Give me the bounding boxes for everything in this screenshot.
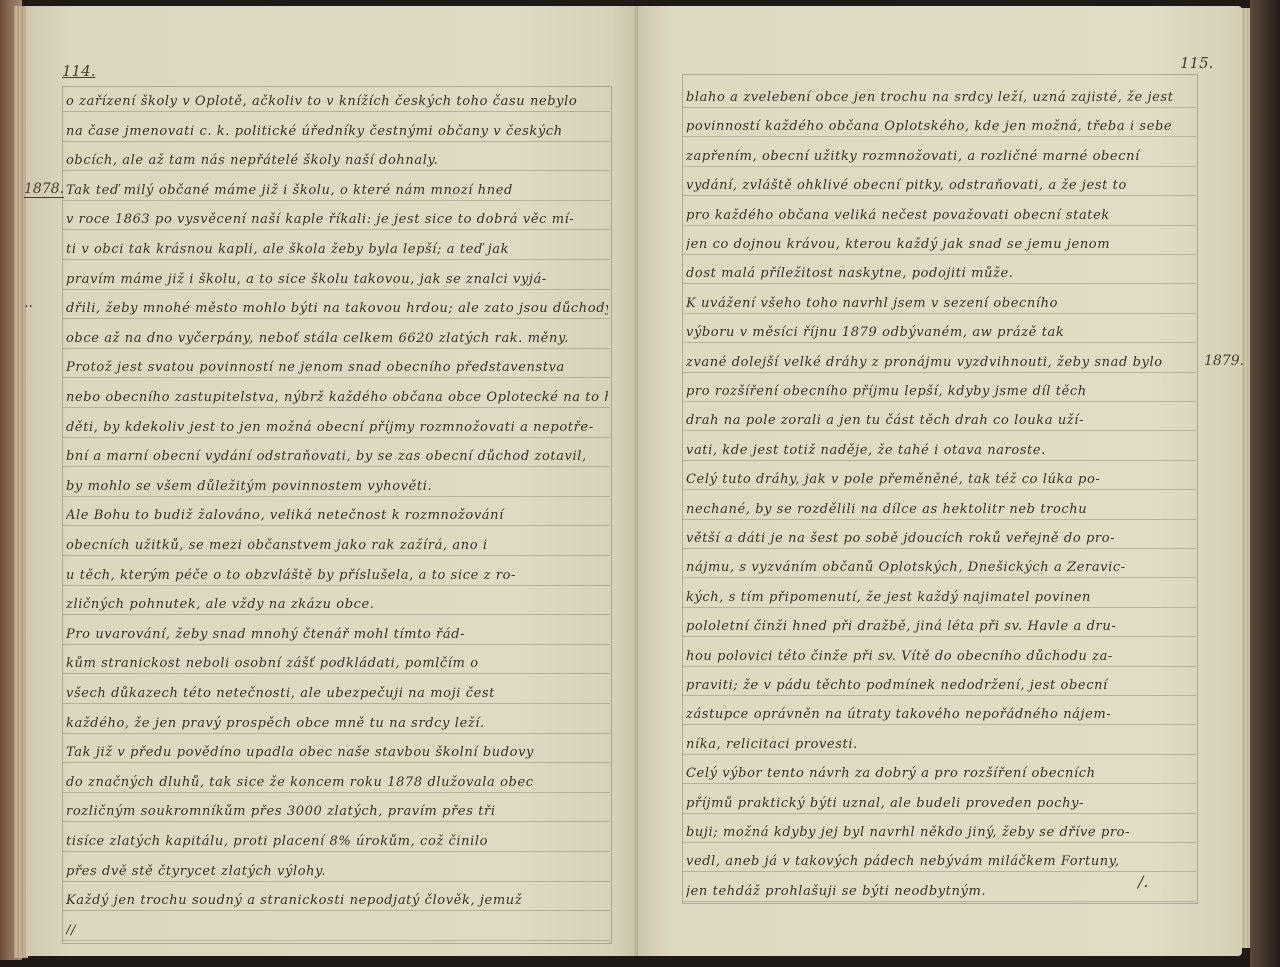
ruled-line: [682, 430, 1196, 431]
ruled-line: [682, 489, 1196, 490]
ruled-line: [62, 496, 610, 497]
handwritten-line: vedl, aneb já v takových pádech nebývám …: [686, 854, 1194, 869]
handwritten-line: nechané, by se rozdělili na dílce as hek…: [686, 502, 1194, 517]
ruled-line: [62, 733, 610, 734]
ruled-line: [682, 460, 1196, 461]
ruled-line: [682, 519, 1196, 520]
ruled-line: [62, 111, 610, 112]
ruled-line: [62, 170, 610, 171]
handwritten-line: Celý výbor tento návrh za dobrý a pro ro…: [686, 766, 1194, 781]
ruled-line: [682, 724, 1196, 725]
ruled-line: [682, 901, 1196, 902]
ruled-line: [62, 200, 610, 201]
handwritten-line: Pro uvarování, žeby snad mnohý čtenář mo…: [66, 627, 608, 642]
handwritten-line: kých, s tím připomenutí, že jest každý n…: [686, 590, 1194, 605]
handwritten-line: praviti; že v pádu těchto podmínek nedod…: [686, 678, 1194, 693]
handwritten-line: hou polovici této činže při sv. Vítě do …: [686, 649, 1194, 664]
ruled-line: [682, 107, 1196, 108]
left-page: 114. o zařízení školy v Oplotě, ačkoliv …: [26, 6, 638, 956]
handwritten-line: dost malá příležitost naskytne, podojiti…: [686, 266, 1194, 281]
ruled-line: [682, 313, 1196, 314]
handwritten-line: jen tehdáž prohlašuji se býti neodbytným…: [686, 884, 1194, 899]
handwritten-line: nebo obecního zastupitelstva, nýbrž každ…: [66, 390, 608, 405]
ruled-line: [62, 318, 610, 319]
ruled-line: [62, 762, 610, 763]
handwritten-line: drah na pole zorali a jen tu část těch d…: [686, 413, 1194, 428]
ruled-line: [62, 141, 610, 142]
ruled-line: [62, 703, 610, 704]
ruled-line: [62, 348, 610, 349]
handwritten-line: větší a dáti je na šest po sobě jdoucích…: [686, 531, 1194, 546]
handwritten-line: Tak již v předu povědíno upadla obec naš…: [66, 745, 608, 760]
ruled-line: [682, 695, 1196, 696]
handwritten-line: zástupce oprávněn na útraty takového nep…: [686, 707, 1194, 722]
ruled-line: [682, 636, 1196, 637]
handwritten-line: obcích, ale až tam nás nepřátelé školy n…: [66, 153, 608, 168]
handwritten-line: vydání, zvláště ohklivé obecní pitky, od…: [686, 178, 1194, 193]
handwritten-line: tisíce zlatých kapitálu, proti placení 8…: [66, 834, 608, 849]
ruled-line: [62, 673, 610, 674]
handwritten-line: příjmů praktický býti uznal, ale budeli …: [686, 796, 1194, 811]
handwritten-line: Ale Bohu to budiž žalováno, veliká neteč…: [66, 508, 608, 523]
handwritten-line: děti, by kdekoliv jest to jen možná obec…: [66, 420, 608, 435]
handwritten-line: ti v obci tak krásnou kapli, ale škola ž…: [66, 242, 608, 257]
handwritten-line: rozličným soukromníkům přes 3000 zlatých…: [66, 804, 608, 819]
handwritten-line: Celý tuto dráhy, jak v pole přeměněné, t…: [686, 472, 1194, 487]
handwritten-line: povinností každého občana Oplotského, kd…: [686, 119, 1194, 134]
ruled-line: [62, 407, 610, 408]
handwritten-line: Protož jest svatou povinností ne jenom s…: [66, 360, 608, 375]
handwritten-line: //: [66, 923, 608, 938]
ruled-line: [682, 783, 1196, 784]
margin-year-note: 1879.: [1204, 353, 1244, 369]
handwritten-line: pro rozšíření obecního příjmu lepší, kdy…: [686, 384, 1194, 399]
ruled-line: [682, 548, 1196, 549]
handwritten-line: níka, relicitaci provesti.: [686, 737, 1194, 752]
margin-year-note: ··: [24, 299, 33, 315]
ruled-line: [682, 401, 1196, 402]
ruled-line: [62, 585, 610, 586]
handwritten-line: výboru v měsíci říjnu 1879 odbývaném, aw…: [686, 325, 1194, 340]
handwritten-line: Každý jen trochu soudný a stranickosti n…: [66, 893, 608, 908]
page-number-right: 115.: [1180, 54, 1213, 72]
ruled-line: [682, 136, 1196, 137]
handwritten-line: pravím máme již i školu, a to sice školu…: [66, 272, 608, 287]
ruled-line: [682, 577, 1196, 578]
ruled-line: [62, 377, 610, 378]
handwritten-line: jen co dojnou krávou, kterou každý jak s…: [686, 237, 1194, 252]
handwritten-line: zvané dolejší velké dráhy z pronájmu vyz…: [686, 355, 1194, 370]
ruled-line: [682, 607, 1196, 608]
handwritten-line: obce až na dno vyčerpány, neboť stála ce…: [66, 331, 608, 346]
ruled-line: [62, 821, 610, 822]
margin-year-note: 1878.: [24, 181, 64, 198]
ruled-line: [682, 283, 1196, 284]
ruled-line: [62, 555, 610, 556]
handwritten-line: pololetní činži hned při dražbě, jiná lé…: [686, 619, 1194, 634]
handwritten-line: v roce 1863 po vysvěcení naší kaple říka…: [66, 212, 608, 227]
handwritten-line: buji; možná kdyby jej byl navrhl někdo j…: [686, 825, 1194, 840]
ruled-line: [682, 813, 1196, 814]
book-cover-right: [1250, 0, 1280, 967]
ruled-line: [62, 644, 610, 645]
ruled-line: [682, 871, 1196, 872]
ruled-line: [62, 910, 610, 911]
ruled-line: [62, 525, 610, 526]
handwritten-line: blaho a zvelebení obce jen trochu na srd…: [686, 90, 1194, 105]
ruled-line: [682, 166, 1196, 167]
ruled-line: [62, 881, 610, 882]
handwritten-line: nájmu, s vyzváním občanů Oplotských, Dne…: [686, 560, 1194, 575]
handwritten-line: na čase jmenovati c. k. politické úřední…: [66, 124, 608, 139]
handwritten-line: vati, kde jest totiž naděje, že tahé i o…: [686, 443, 1194, 458]
ruled-line: [682, 254, 1196, 255]
ruled-line: [62, 792, 610, 793]
handwritten-line: pro každého občana veliká nečest považov…: [686, 208, 1194, 223]
handwritten-line: u těch, kterým péče o to obzvláště by př…: [66, 568, 608, 583]
ruled-line: [62, 851, 610, 852]
ruled-line: [682, 195, 1196, 196]
handwritten-line: přes dvě stě čtyrycet zlatých výlohy.: [66, 864, 608, 879]
ruled-line: [682, 225, 1196, 226]
ruled-line: [62, 940, 610, 941]
end-mark: /.: [1138, 872, 1148, 891]
handwritten-line: bní a marní obecní vydání odstraňovati, …: [66, 449, 608, 464]
handwritten-line: o zařízení školy v Oplotě, ačkoliv to v …: [66, 94, 608, 109]
ruled-line: [682, 372, 1196, 373]
book-scan: 114. o zařízení školy v Oplotě, ačkoliv …: [0, 0, 1280, 967]
handwritten-line: Tak teď milý občané máme již i školu, o …: [66, 183, 608, 198]
handwritten-line: by mohlo se všem důležitým povinnostem v…: [66, 479, 608, 494]
handwritten-line: dřili, žeby mnohé město mohlo býti na ta…: [66, 301, 608, 316]
ruled-line: [682, 842, 1196, 843]
handwritten-line: kům stranickost neboli osobní zášť podkl…: [66, 656, 608, 671]
handwritten-line: K uvážení všeho toho navrhl jsem v sezen…: [686, 296, 1194, 311]
ruled-line: [682, 342, 1196, 343]
handwritten-line: všech důkazech této netečnosti, ale ubez…: [66, 686, 608, 701]
ruled-line: [682, 666, 1196, 667]
ruled-line: [62, 259, 610, 260]
handwritten-line: zapřením, obecní užitky rozmnožovati, a …: [686, 149, 1194, 164]
ruled-line: [62, 289, 610, 290]
handwritten-line: zličných pohnutek, ale vždy na zkázu obc…: [66, 597, 608, 612]
ruled-line: [62, 229, 610, 230]
right-page: 115. blaho a zvelebení obce jen trochu n…: [638, 6, 1242, 956]
ruled-line: [682, 754, 1196, 755]
ruled-line: [62, 437, 610, 438]
handwritten-line: do značných dluhů, tak sice že koncem ro…: [66, 775, 608, 790]
ruled-line: [62, 466, 610, 467]
handwritten-line: každého, že jen pravý prospěch obce mně …: [66, 716, 608, 731]
handwritten-line: obecních užitků, se mezi občanstvem jako…: [66, 538, 608, 553]
ruled-line: [62, 614, 610, 615]
page-number-left: 114.: [62, 62, 95, 80]
